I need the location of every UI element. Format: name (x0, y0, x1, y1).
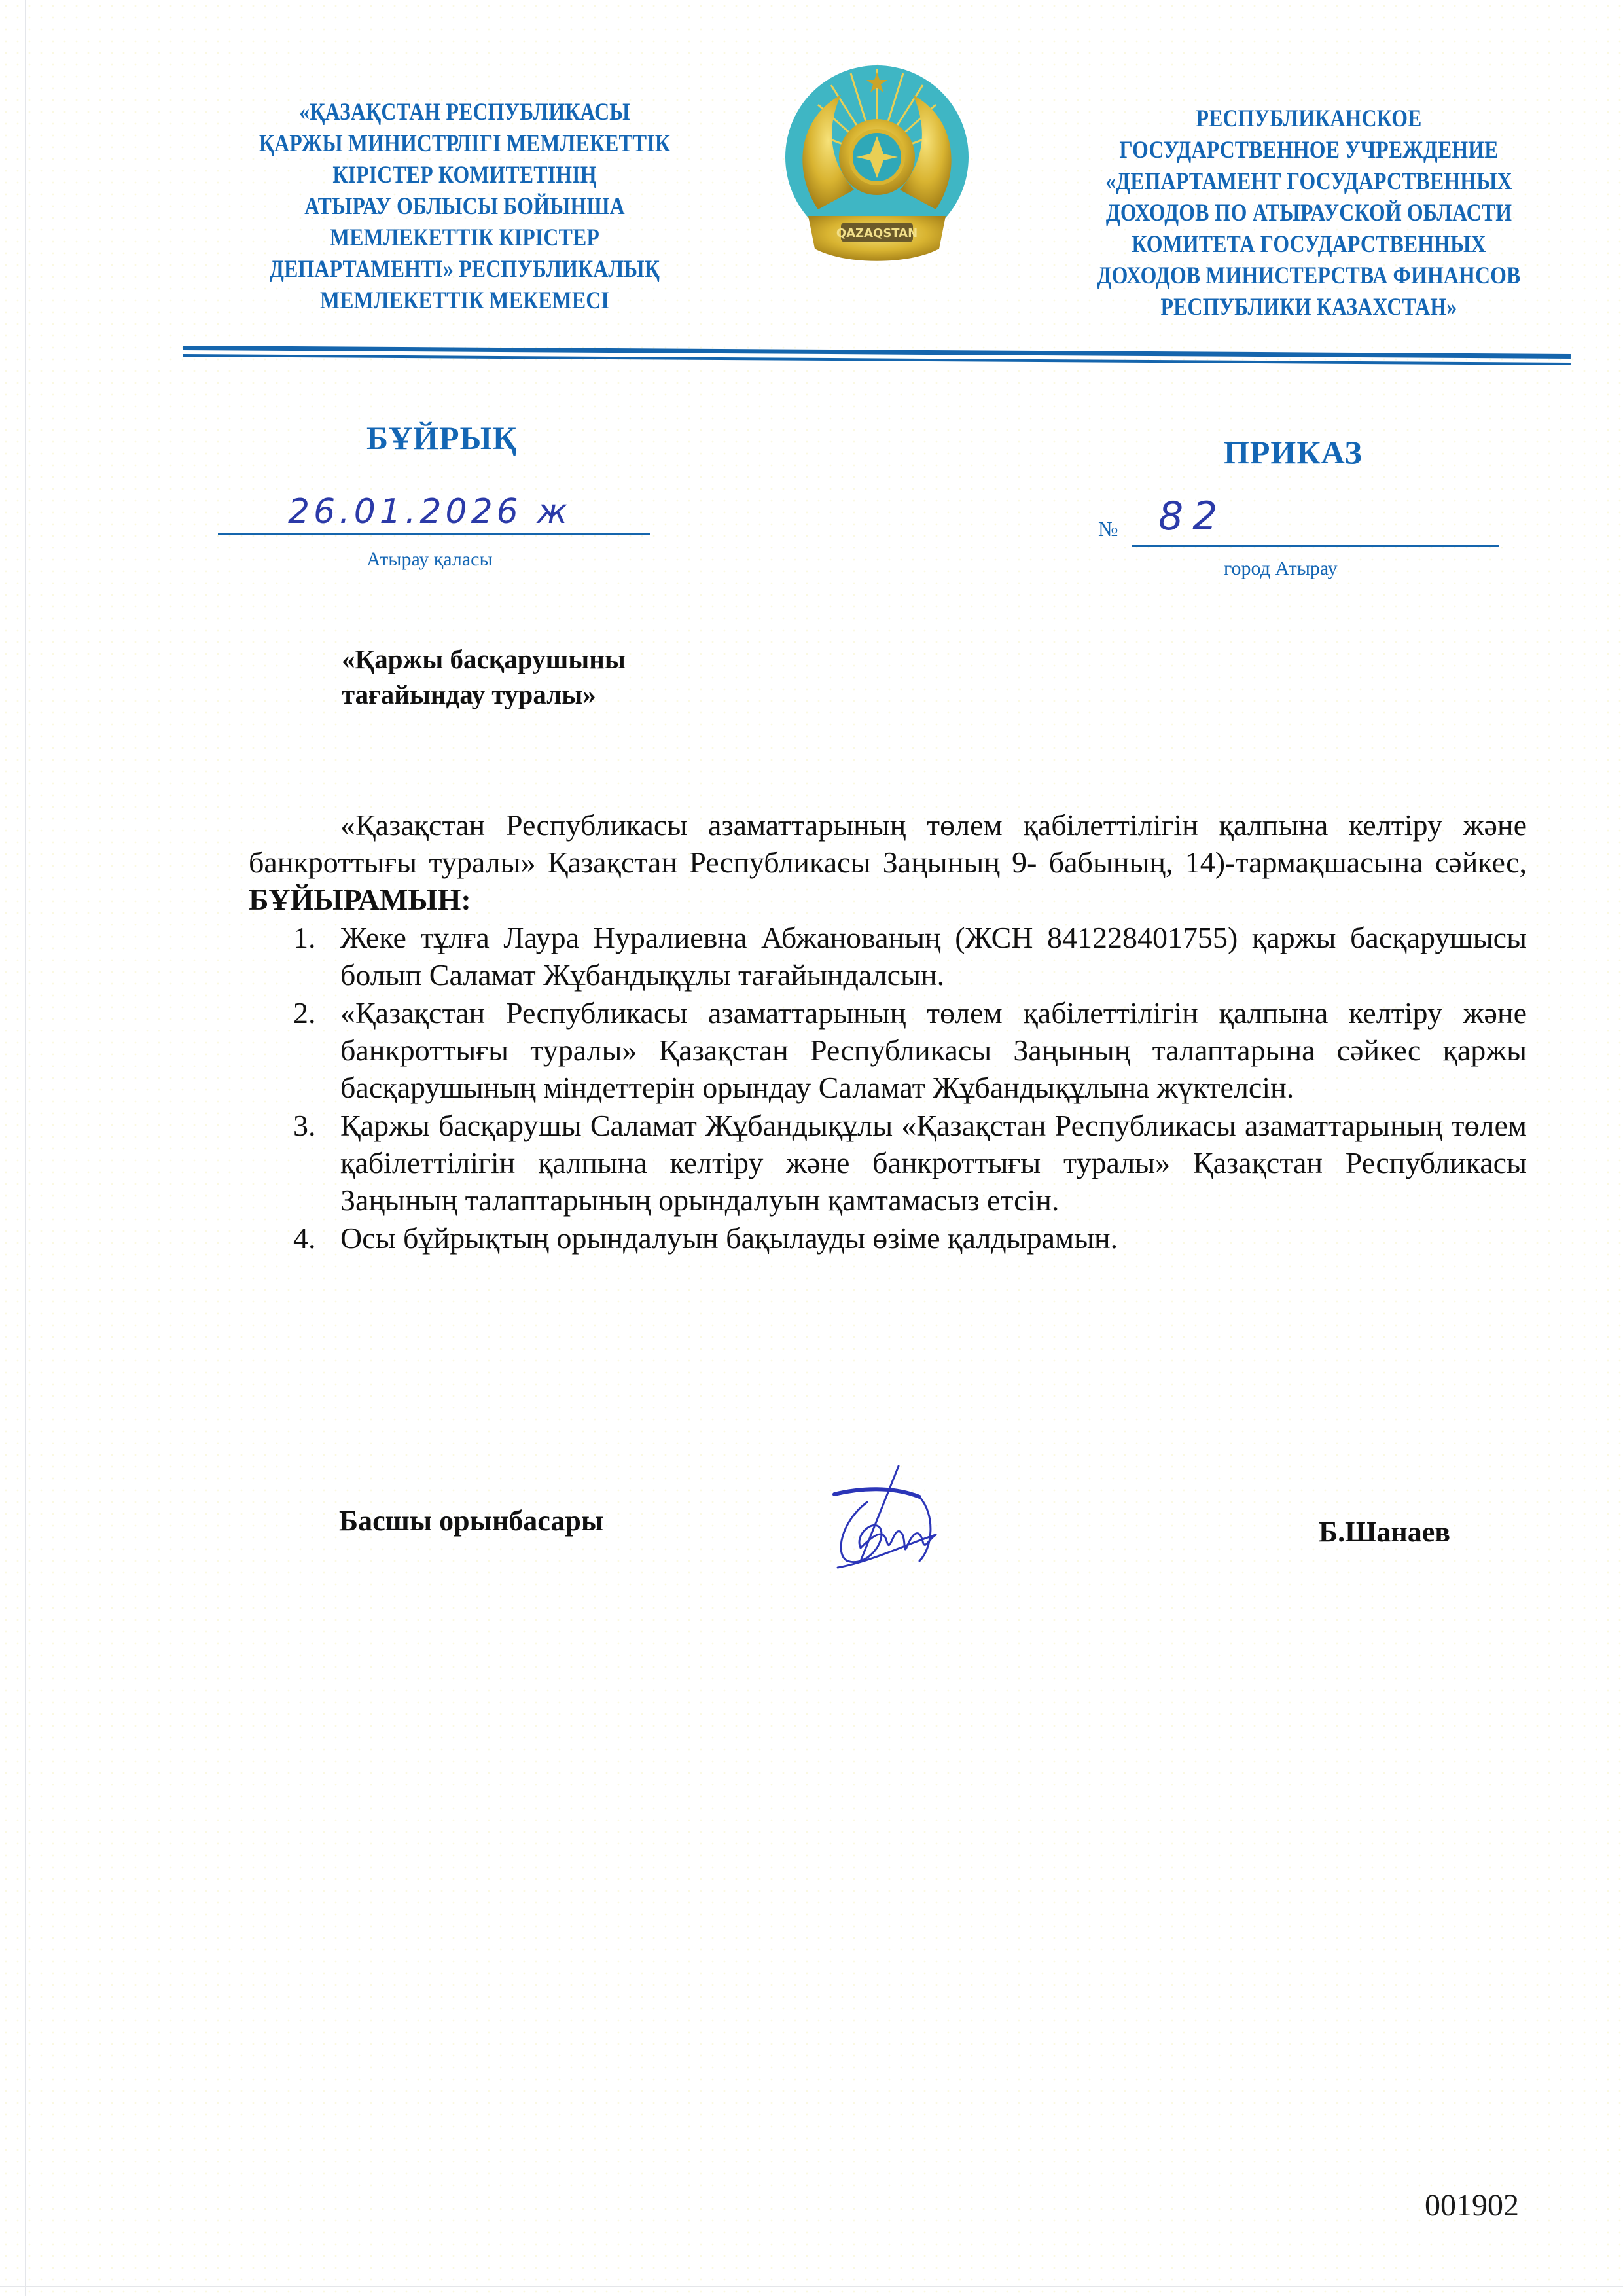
number-underline (1132, 545, 1499, 547)
subject-line: «Қаржы басқарушыны (342, 641, 626, 677)
org-kz-line: МЕМЛЕКЕТТІК КІРІСТЕР (194, 223, 735, 254)
preamble-command: БҰЙЫРАМЫН: (249, 883, 471, 916)
item-number: 1. (293, 919, 316, 956)
order-item: 1. Жеке тұлға Лаура Нуралиевна Абжанован… (249, 919, 1527, 994)
org-ru-line: ГОСУДАРСТВЕННОЕ УЧРЕЖДЕНИЕ (1027, 135, 1590, 166)
city-ru: город Атырау (1224, 558, 1338, 580)
org-kz-line: КІРІСТЕР КОМИТЕТІНІҢ (194, 160, 735, 191)
form-serial-number: 001902 (1425, 2187, 1519, 2223)
signatory-position: Басшы орынбасары (339, 1504, 603, 1537)
order-item: 2. «Қазақстан Республикасы азаматтарының… (249, 994, 1527, 1106)
handwritten-signature-icon (821, 1463, 1005, 1574)
item-number: 3. (293, 1107, 316, 1144)
item-text: Жеке тұлға Лаура Нуралиевна Абжанованың … (340, 921, 1527, 992)
order-item: 4. Осы бұйрықтың орындалуын бақылауды өз… (249, 1219, 1527, 1257)
order-body: «Қазақстан Республикасы азаматтарының тө… (249, 806, 1527, 1257)
org-ru-line: «ДЕПАРТАМЕНТ ГОСУДАРСТВЕННЫХ (1027, 166, 1590, 198)
item-text: Осы бұйрықтың орындалуын бақылауды өзіме… (340, 1221, 1118, 1255)
number-sign: № (1098, 517, 1118, 541)
org-kz-line: ҚАРЖЫ МИНИСТРЛІГІ МЕМЛЕКЕТТІК (194, 128, 735, 160)
org-ru-line: КОМИТЕТА ГОСУДАРСТВЕННЫХ (1027, 229, 1590, 260)
order-item: 3. Қаржы басқарушы Саламат Жұбандықұлы «… (249, 1107, 1527, 1219)
signatory-name: Б.Шанаев (1319, 1515, 1450, 1549)
org-ru-line: ДОХОДОВ МИНИСТЕРСТВА ФИНАНСОВ (1027, 260, 1590, 292)
order-title-kz: БҰЙРЫҚ (366, 419, 517, 457)
org-kz-line: МЕМЛЕКЕТТІК МЕКЕМЕСІ (194, 285, 735, 317)
preamble-text: «Қазақстан Республикасы азаматтарының тө… (249, 808, 1527, 879)
item-text: Қаржы басқарушы Саламат Жұбандықұлы «Қаз… (340, 1109, 1527, 1217)
org-kz-line: «ҚАЗАҚСТАН РЕСПУБЛИКАСЫ (194, 97, 735, 128)
order-title-ru: ПРИКАЗ (1224, 433, 1363, 471)
order-date: 26.01.2026 ж (288, 492, 571, 531)
state-emblem-icon: QAZAQSTAN (779, 59, 975, 275)
org-ru-line: РЕСПУБЛИКИ КАЗАХСТАН» (1027, 292, 1590, 323)
subject-line: тағайындау туралы» (342, 677, 626, 712)
order-subject: «Қаржы басқарушыны тағайындау туралы» (342, 641, 626, 712)
city-kz: Атырау қаласы (366, 548, 493, 571)
date-underline (218, 533, 650, 535)
scan-edge-bottom (0, 2286, 1623, 2287)
org-name-ru: РЕСПУБЛИКАНСКОЕ ГОСУДАРСТВЕННОЕ УЧРЕЖДЕН… (1027, 103, 1590, 323)
emblem-label: QAZAQSTAN (836, 226, 918, 240)
order-number: 82 (1158, 493, 1226, 539)
org-name-kz: «ҚАЗАҚСТАН РЕСПУБЛИКАСЫ ҚАРЖЫ МИНИСТРЛІГ… (194, 97, 735, 317)
org-kz-line: АТЫРАУ ОБЛЫСЫ БОЙЫНША (194, 191, 735, 223)
org-ru-line: РЕСПУБЛИКАНСКОЕ (1027, 103, 1590, 135)
preamble-paragraph: «Қазақстан Республикасы азаматтарының тө… (249, 806, 1527, 918)
org-kz-line: ДЕПАРТАМЕНТІ» РЕСПУБЛИКАЛЫҚ (194, 254, 735, 285)
item-text: «Қазақстан Республикасы азаматтарының тө… (340, 996, 1527, 1104)
scan-edge-left (25, 0, 26, 2296)
item-number: 4. (293, 1219, 316, 1257)
document-page: «ҚАЗАҚСТАН РЕСПУБЛИКАСЫ ҚАРЖЫ МИНИСТРЛІГ… (0, 0, 1623, 2296)
org-ru-line: ДОХОДОВ ПО АТЫРАУСКОЙ ОБЛАСТИ (1027, 198, 1590, 229)
item-number: 2. (293, 994, 316, 1031)
order-items: 1. Жеке тұлға Лаура Нуралиевна Абжанован… (249, 919, 1527, 1257)
